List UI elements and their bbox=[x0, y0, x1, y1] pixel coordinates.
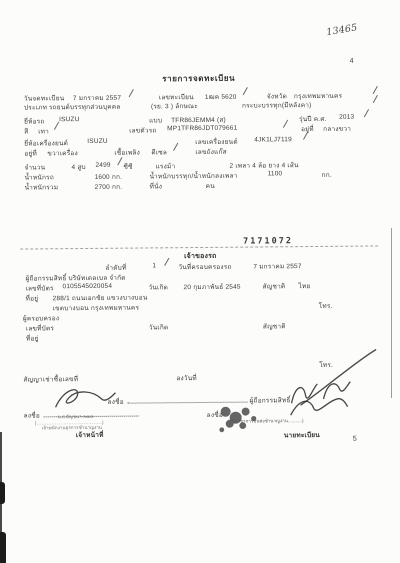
order-label: ลำดับที่ bbox=[105, 263, 126, 273]
document-title: รายการจดทะเบียน bbox=[0, 70, 399, 86]
birth2-label: วันเกิด bbox=[149, 322, 169, 332]
vin-pos-value: กลางขวา bbox=[323, 124, 351, 134]
load-label: น้ำหนักบรรทุก/น้ำหนักลงเพลา bbox=[150, 171, 238, 182]
order-value: 1 bbox=[152, 262, 156, 269]
card-value: 0105545020054 bbox=[63, 283, 113, 290]
hp-label: แรงม้า bbox=[155, 161, 175, 171]
engine-brand-label: ยี่ห้อเครื่องยนต์ bbox=[24, 138, 68, 148]
possess-date-label: วันที่ครอบครองรถ bbox=[178, 262, 231, 272]
handwritten-slash bbox=[129, 89, 134, 97]
registrar-title: นายทะเบียน bbox=[284, 430, 320, 440]
engine-no-value: 4JK1LJ7119 bbox=[254, 136, 292, 143]
plate-value: 1ฒค 5620 bbox=[205, 92, 237, 102]
handwritten-slash bbox=[117, 157, 122, 165]
model-value: TFR86JEMM4 (ส) bbox=[171, 115, 226, 125]
weight-value: 1600 กก. bbox=[95, 172, 123, 182]
type-label: ประเภท bbox=[24, 102, 47, 112]
hp-contract-date-label: ลงวันที่ bbox=[176, 373, 197, 383]
sign-label-left: ลงชื่อ bbox=[24, 410, 40, 420]
registrar-ink-stamp bbox=[216, 399, 268, 433]
nationality-label: สัญชาติ bbox=[262, 281, 285, 291]
cc-unit: ซีซี bbox=[123, 162, 132, 172]
nationality-value: ไทย bbox=[298, 281, 310, 291]
scan-artifact-blob bbox=[0, 532, 6, 563]
brand-value: ISUZU bbox=[59, 116, 80, 123]
load-unit: กก. bbox=[322, 170, 332, 180]
registrar-role-stamp: (นักวิชาการขนส่งชำนาญงาน...........) bbox=[230, 418, 304, 426]
card-label: เลขที่บัตร bbox=[26, 283, 54, 293]
model-label: แบบ bbox=[149, 115, 162, 125]
address-label: ที่อยู่ bbox=[26, 293, 39, 303]
characteristic-value: กระบะบรรทุก(มีหลังคา) bbox=[242, 100, 312, 111]
page-number-top: 4 bbox=[350, 58, 354, 65]
page-number-bottom: 5 bbox=[353, 436, 357, 443]
cylinders-value: 4 สูบ bbox=[71, 162, 85, 172]
scan-edge-right bbox=[391, 228, 392, 398]
year-label: รุ่นปี ค.ศ. bbox=[299, 114, 327, 124]
address3-label: ที่อยู่ bbox=[26, 333, 39, 343]
year-value: 2013 bbox=[339, 114, 354, 121]
holder-label: ผู้ถือกรรมสิทธิ์ bbox=[25, 273, 66, 283]
address-line2: เขตบางบอน กรุงเทพมหานคร bbox=[53, 303, 140, 314]
card2-label: เลขที่บัตร bbox=[26, 323, 54, 333]
possessor-label: ผู้ครอบครอง bbox=[23, 313, 59, 323]
handwritten-slash bbox=[54, 122, 59, 130]
document-page: 13465 4 รายการจดทะเบียน วันจดทะเบียน 7 ม… bbox=[0, 0, 400, 563]
gas-tank-label: เลขถังแก๊ส bbox=[195, 147, 227, 157]
fuel-value: ดีเซล bbox=[151, 147, 167, 157]
stamped-running-number: 7171072 bbox=[243, 236, 293, 246]
fuel-label: เชื้อเพลิง bbox=[114, 148, 140, 158]
engine-no-label: เลขเครื่องยนต์ bbox=[195, 137, 238, 147]
handwritten-slash bbox=[243, 87, 248, 95]
cylinders-label: จำนวน bbox=[24, 162, 45, 172]
engine-brand-value: ISUZU bbox=[87, 138, 108, 145]
handwritten-note: 13465 bbox=[326, 22, 359, 38]
nationality2-label: สัญชาติ bbox=[263, 321, 286, 331]
handwritten-slash bbox=[373, 95, 378, 103]
scan-artifact-blob bbox=[0, 482, 5, 504]
handwritten-slash bbox=[364, 109, 369, 117]
color-label: สี bbox=[24, 126, 28, 136]
characteristic-label: (รย. 3 ) ลักษณะ bbox=[151, 101, 198, 111]
weight-label: น้ำหนักรถ bbox=[25, 172, 54, 182]
scanned-registration-document: 13465 4 รายการจดทะเบียน วันจดทะเบียน 7 ม… bbox=[0, 0, 400, 563]
vin-value: MP1TFR86JDT079661 bbox=[167, 125, 237, 133]
holder-value: บริษัทเดลเบล จำกัด bbox=[68, 273, 125, 283]
seats-label: ที่นั่ง bbox=[150, 181, 163, 191]
handwritten-slash bbox=[373, 86, 378, 94]
engine-pos-value: ขวาเครื่อง bbox=[47, 148, 78, 158]
tel-label: โทร. bbox=[319, 301, 333, 311]
cc-value: 2499 bbox=[95, 162, 110, 169]
engine-pos-label: อยู่ที่ bbox=[24, 148, 37, 158]
color-value: เทา bbox=[38, 126, 49, 136]
gross-weight-value: 2700 กก. bbox=[95, 182, 123, 192]
seats-unit: คน bbox=[206, 181, 215, 191]
officer-title: เจ้าหน้าที่ bbox=[76, 430, 104, 440]
type-value: รถยนต์บรรทุกส่วนบุคคล bbox=[49, 102, 121, 113]
brand-label: ยี่ห้อรถ bbox=[24, 116, 45, 126]
gross-weight-label: น้ำหนักรวม bbox=[25, 182, 59, 192]
signature-officer bbox=[49, 383, 119, 416]
possess-date-value: 7 มกราคม 2557 bbox=[253, 261, 301, 271]
handwritten-slash bbox=[283, 120, 288, 128]
birth-value: 20 กุมภาพันธ์ 2545 bbox=[183, 282, 240, 292]
load-value: 1100 bbox=[268, 170, 283, 177]
vin-label: เลขตัวรถ bbox=[129, 125, 156, 135]
handwritten-slash bbox=[173, 143, 178, 151]
axles-value: 2 เพลา 4 ล้อ ยาง 4 เส้น bbox=[229, 160, 298, 171]
birth-label: วันเกิด bbox=[148, 282, 168, 292]
